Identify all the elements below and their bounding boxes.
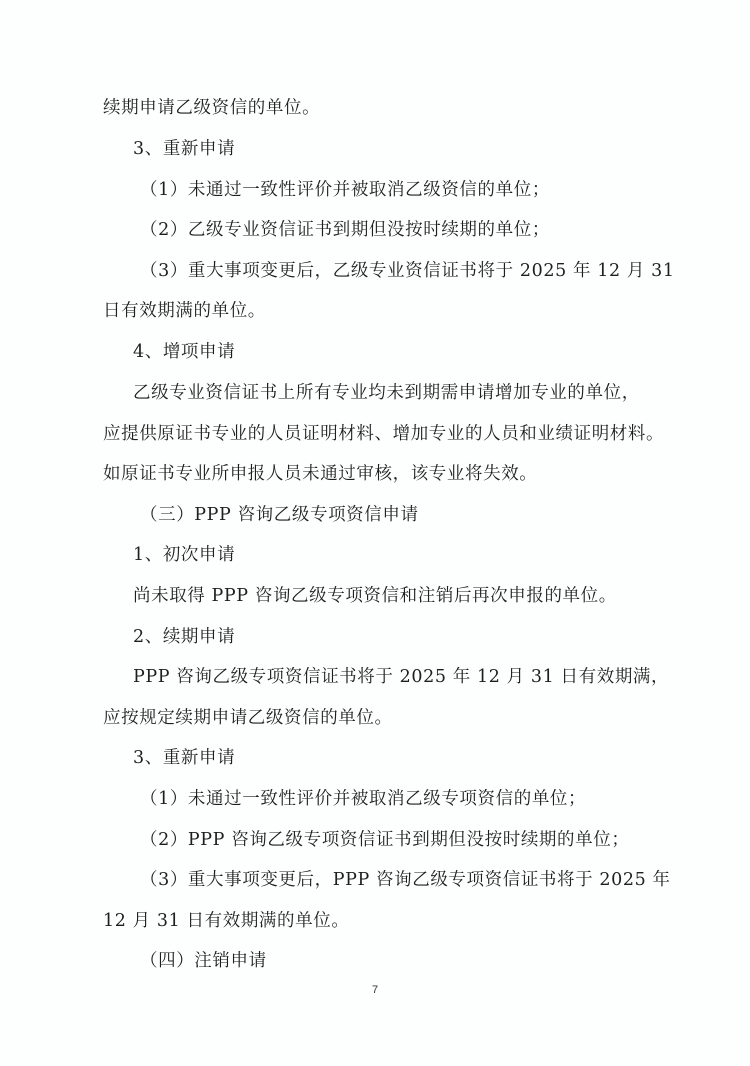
paragraph-line: 尚未取得 PPP 咨询乙级专项资信和注销后再次申报的单位。	[133, 584, 617, 608]
page-number: 7	[0, 984, 750, 996]
section-heading: 2、续期申请	[133, 625, 235, 649]
list-item: （1）未通过一致性评价并被取消乙级专项资信的单位；	[140, 787, 586, 811]
list-item: （2）PPP 咨询乙级专项资信证书到期但没按时续期的单位；	[140, 828, 629, 852]
list-item: （3）重大事项变更后，PPP 咨询乙级专项资信证书将于 2025 年	[140, 868, 671, 892]
paragraph-line: 乙级专业资信证书上所有专业均未到期需申请增加专业的单位，	[133, 381, 640, 405]
list-item: （1）未通过一致性评价并被取消乙级资信的单位；	[140, 178, 550, 202]
document-page: 续期申请乙级资信的单位。 3、重新申请 （1）未通过一致性评价并被取消乙级资信的…	[0, 0, 750, 1066]
section-heading: （三）PPP 咨询乙级专项资信申请	[140, 503, 419, 527]
paragraph-line: 日有效期满的单位。	[103, 299, 266, 323]
section-heading: （四）注销申请	[140, 949, 267, 973]
list-item: （3）重大事项变更后，乙级专业资信证书将于 2025 年 12 月 31	[140, 259, 675, 283]
section-heading: 1、初次申请	[133, 543, 235, 567]
paragraph-line: 应按规定续期申请乙级资信的单位。	[103, 706, 393, 730]
paragraph-line: 应提供原证书专业的人员证明材料、增加专业的人员和业绩证明材料。	[103, 422, 664, 446]
paragraph-line: 12 月 31 日有效期满的单位。	[103, 909, 349, 933]
paragraph-line: 续期申请乙级资信的单位。	[103, 96, 320, 120]
section-heading: 4、增项申请	[133, 340, 235, 364]
paragraph-line: 如原证书专业所申报人员未通过审核，该专业将失效。	[103, 462, 537, 486]
paragraph-line: PPP 咨询乙级专项资信证书将于 2025 年 12 月 31 日有效期满，	[133, 665, 669, 689]
section-heading: 3、重新申请	[133, 137, 235, 161]
section-heading: 3、重新申请	[133, 746, 235, 770]
list-item: （2）乙级专业资信证书到期但没按时续期的单位；	[140, 218, 550, 242]
